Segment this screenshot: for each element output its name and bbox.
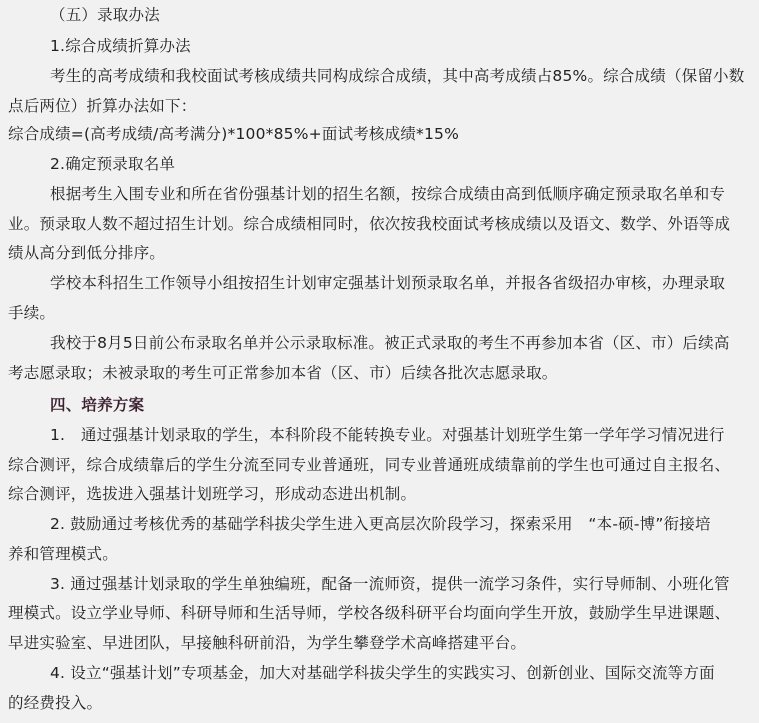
paragraph-line: 我校于8月5日前公布录取名单并公示录取标准。被正式录取的考生不再参加本省（区、市… — [50, 331, 730, 355]
subheading-pre-admission-list: 2.确定预录取名单 — [50, 152, 175, 176]
paragraph-line: 考志愿录取；未被录取的考生可正常参加本省（区、市）后续各批次志愿录取。 — [8, 361, 558, 385]
paragraph-line: 根据考生入围专业和所在省份强基计划的招生名额，按综合成绩由高到低顺序确定预录取名… — [50, 182, 725, 206]
list-item-line: 养和管理模式。 — [8, 542, 118, 566]
subheading-score-calculation: 1.综合成绩折算办法 — [50, 34, 191, 58]
section-heading-admission-method: （五）录取办法 — [50, 3, 160, 27]
list-item-line: 综合测评，综合成绩靠后的学生分流至同专业普通班，同专业普通班成绩靠前的学生也可通… — [8, 453, 730, 477]
paragraph-line: 绩从高分到低分排序。 — [8, 241, 165, 265]
paragraph-line: 学校本科招生工作领导小组按招生计划审定强基计划预录取名单，并报各省级招办审核，办… — [50, 271, 725, 295]
list-item-line: 的经费投入。 — [8, 691, 102, 715]
list-item-line: 理模式。设立学业导师、科研导师和生活导师，学校各级科研平台均面向学生开放，鼓励学… — [8, 601, 730, 625]
list-item-line: 综合测评，选拔进入强基计划班学习，形成动态进出机制。 — [8, 482, 416, 506]
paragraph-line: 考生的高考成绩和我校面试考核成绩共同构成综合成绩，其中高考成绩占85%。综合成绩… — [50, 64, 744, 88]
paragraph-line: 业。预录取人数不超过招生计划。综合成绩相同时，依次按我校面试考核成绩以及语文、数… — [8, 212, 730, 236]
list-item-line: 2. 鼓励通过考核优秀的基础学科拔尖学生进入更高层次阶段学习，探索采用 “本-硕… — [50, 512, 711, 536]
paragraph-line: 点后两位）折算办法如下： — [8, 94, 196, 118]
list-item-line: 3. 通过强基计划录取的学生单独编班，配备一流师资，提供一流学习条件，实行导师制… — [50, 572, 730, 596]
paragraph-line: 手续。 — [8, 301, 55, 325]
list-item-line: 1. 通过强基计划录取的学生，本科阶段不能转换专业。对强基计划班学生第一学年学习… — [50, 423, 725, 447]
list-item-line: 4. 设立“强基计划”专项基金，加大对基础学科拔尖学生的实践实习、创新创业、国际… — [50, 661, 715, 685]
list-item-line: 早进实验室、早进团队，早接触科研前沿，为学生攀登学术高峰搭建平台。 — [8, 631, 526, 655]
document-page: （五）录取办法 1.综合成绩折算办法 考生的高考成绩和我校面试考核成绩共同构成综… — [0, 0, 759, 723]
section-heading-training-plan: 四、培养方案 — [50, 393, 144, 417]
formula-line: 综合成绩=(高考成绩/高考满分)*100*85%+面试考核成绩*15% — [8, 122, 459, 146]
